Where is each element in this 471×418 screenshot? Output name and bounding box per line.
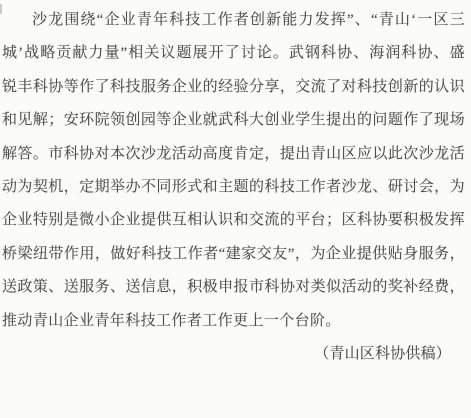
scan-artifact [0, 4, 2, 14]
paragraph-line: 城’战略贡献力量”相关议题展开了讨论。武钢科协、海润科协、盛 [2, 37, 465, 70]
document-page: 沙龙围绕“企业青年科技工作者创新能力发挥”、“青山‘一区三 城’战略贡献力量”相… [0, 0, 471, 418]
paragraph-line: 送政策、送服务、送信息，积极申报市科协对类似活动的奖补经费， [2, 271, 465, 304]
paragraph-line: 动为契机，定期举办不同形式和主题的科技工作者沙龙、研讨会，为 [2, 171, 465, 204]
paragraph-line: 解答。市科协对本次沙龙活动高度肯定，提出青山区应以此次沙龙活 [2, 138, 465, 171]
paragraph-line: 推动青山企业青年科技工作者工作更上一个台阶。 [2, 305, 465, 338]
paragraph-line: 企业特别是微小企业提供互相认识和交流的平台；区科协要积极发挥 [2, 204, 465, 237]
paragraph-line: 和见解；安环院领创园等企业就武科大创业学生提出的问题作了现场 [2, 104, 465, 137]
paragraph-line: 桥梁纽带作用，做好科技工作者“建家交友”，为企业提供贴身服务， [2, 238, 465, 271]
paragraph-line: 锐丰科协等作了科技服务企业的经验分享，交流了对科技创新的认识 [2, 71, 465, 104]
paragraph-line: 沙龙围绕“企业青年科技工作者创新能力发挥”、“青山‘一区三 [2, 4, 465, 37]
attribution-line: （青山区科协供稿） [2, 338, 465, 371]
